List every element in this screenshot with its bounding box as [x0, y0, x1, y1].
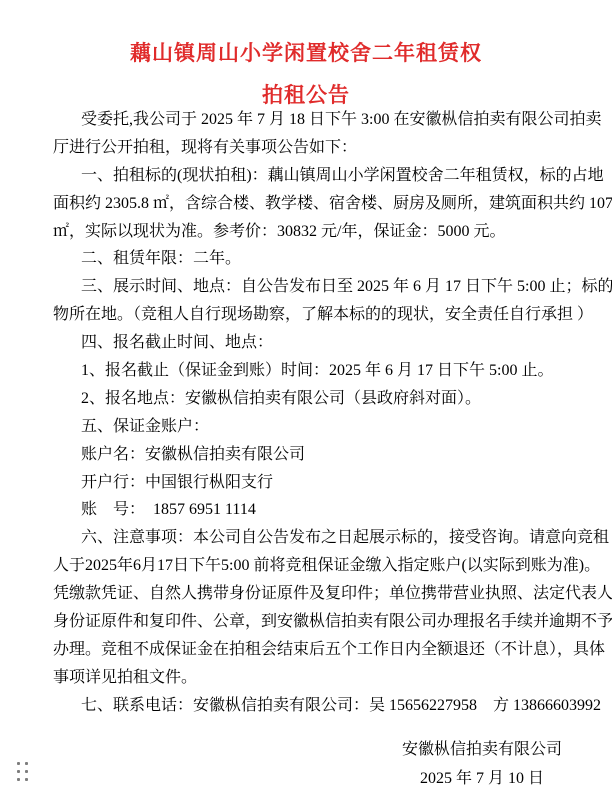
drag-handle-dot — [17, 778, 20, 781]
drag-handle-dot — [25, 778, 28, 781]
text-line: 厅进行公开拍租，现将有关事项公告如下： — [53, 134, 612, 162]
text-line: 账户名：安徽枞信拍卖有限公司 — [53, 441, 612, 469]
text-line: 二、租赁年限：二年。 — [53, 245, 612, 273]
text-line: 人于2025年6月17日下午5:00 前将竞租保证金缴入指定账户(以实际到账为准… — [53, 552, 612, 580]
text-line: 受委托,我公司于 2025 年 7 月 18 日下午 3:00 在安徽枞信拍卖有… — [53, 106, 612, 134]
text-line: 事项详见拍租文件。 — [53, 664, 612, 692]
text-line: 物所在地。（竞租人自行现场勘察，了解本标的的现状，安全责任自行承担 ） — [53, 301, 612, 329]
drag-handle-dot — [17, 770, 20, 773]
text-line: 身份证原件和复印件、公章，到安徽枞信拍卖有限公司办理报名手续并逾期不予 — [53, 608, 612, 636]
text-line: 一、拍租标的(现状拍租)：藕山镇周山小学闲置校舍二年租赁权，标的占地 — [53, 162, 612, 190]
text-line: 1、报名截止（保证金到账）时间：2025 年 6 月 17 日下午 5:00 止… — [53, 357, 612, 385]
text-line: 面积约 2305.8 ㎡，含综合楼、教学楼、宿舍楼、厨房及厕所，建筑面积共约 1… — [53, 190, 612, 218]
text-line: 四、报名截止时间、地点： — [53, 329, 612, 357]
text-line: 2、报名地点：安徽枞信拍卖有限公司（县政府斜对面）。 — [53, 385, 612, 413]
text-line: 五、保证金账户： — [53, 413, 612, 441]
text-line: 凭缴款凭证、自然人携带身份证原件及复印件；单位携带营业执照、法定代表人 — [53, 580, 612, 608]
text-line: 办理。竞租不成保证金在拍租会结束后五个工作日内全额退还（不计息），具体 — [53, 636, 612, 664]
text-line: ㎡，实际以现状为准。参考价：30832 元/年，保证金：5000 元。 — [53, 218, 612, 246]
drag-handle-dot — [17, 762, 20, 765]
document-title-line1: 藕山镇周山小学闲置校舍二年租赁权 — [0, 32, 612, 74]
document-title-block: 藕山镇周山小学闲置校舍二年租赁权 拍租公告 — [0, 0, 612, 116]
drag-handle-dot — [25, 770, 28, 773]
document-body: 受委托,我公司于 2025 年 7 月 18 日下午 3:00 在安徽枞信拍卖有… — [0, 106, 612, 720]
drag-handle-dot — [25, 762, 28, 765]
text-line: 开户行：中国银行枞阳支行 — [53, 469, 612, 497]
document-page: 藕山镇周山小学闲置校舍二年租赁权 拍租公告 受委托,我公司于 2025 年 7 … — [0, 0, 612, 811]
text-line: 三、展示时间、地点：自公告发布日至 2025 年 6 月 17 日下午 5:00… — [53, 273, 612, 301]
text-line: 六、注意事项：本公司自公告发布之日起展示标的，接受咨询。请意向竞租 — [53, 524, 612, 552]
signature-company: 安徽枞信拍卖有限公司 — [402, 735, 562, 764]
drag-handle-icon[interactable] — [17, 762, 28, 781]
signature-block: 安徽枞信拍卖有限公司 2025 年 7 月 10 日 — [0, 735, 612, 793]
text-line: 七、联系电话：安徽枞信拍卖有限公司：吴 15656227958 方 138666… — [53, 692, 612, 720]
text-line: 账 号： 1857 6951 1114 — [53, 496, 612, 524]
signature-date: 2025 年 7 月 10 日 — [402, 764, 562, 793]
signature-inner: 安徽枞信拍卖有限公司 2025 年 7 月 10 日 — [402, 735, 562, 793]
